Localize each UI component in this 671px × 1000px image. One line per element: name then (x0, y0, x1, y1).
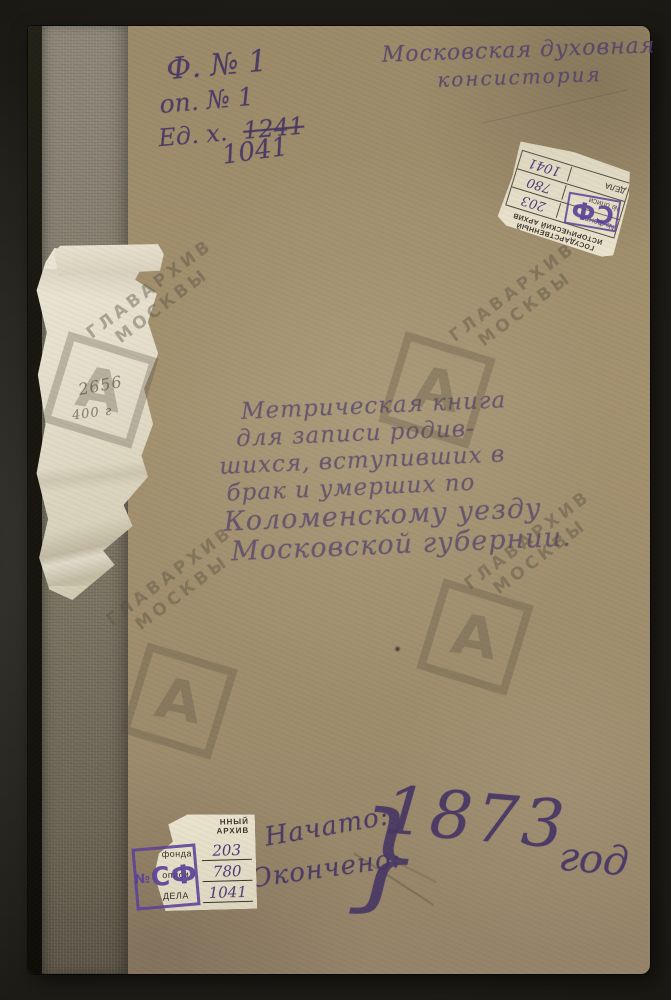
paper-fold (34, 452, 162, 501)
cover-crease (482, 89, 628, 124)
glavarkhiv-logo-watermark: А (416, 578, 533, 695)
book-title-inscription: Метрическая книга для записи родив- шихс… (217, 384, 584, 568)
opis-row-value: 780 (202, 863, 252, 882)
delo-row-value: 1041 (203, 884, 253, 903)
glavarkhiv-logo-watermark: А (120, 642, 237, 759)
stamp-number-sign: № (134, 871, 151, 887)
paper-fold (34, 516, 162, 586)
torn-paper-patch (34, 248, 162, 600)
watermark-line1: ГЛАВАРХИВ (446, 238, 581, 347)
fond-annotation: Ф. № 1 оп. № 1 Ед. х.1241 1041 (151, 42, 307, 174)
year-value: 1873 (381, 771, 571, 864)
consistory-inscription: Московская духовная консистория (372, 33, 666, 94)
year-suffix: год (557, 834, 630, 886)
stamp-letters: СФ (150, 859, 199, 893)
fond-row-value: 203 (202, 842, 252, 861)
watermark-logo-letter: А (447, 601, 503, 673)
org-partial-line2: АРХИВ (153, 826, 249, 838)
watermark-logo-letter: А (151, 665, 207, 737)
archive-org-name-partial: ННЫЙ АРХИВ (153, 813, 256, 838)
archive-label-top: ГОСУДАРСТВЕННЫЙ ИСТОРИЧЕСКИЙ АРХИВ № фон… (495, 136, 639, 260)
unit-prefix: Ед. х. (157, 118, 228, 152)
book-cover: 2656 400 г Ф. № 1 оп. № 1 Ед. х.1241 104… (28, 26, 650, 974)
tape-strip (54, 242, 165, 276)
sf-stamp-bottom: № СФ (131, 843, 200, 910)
glavarkhiv-watermark: ГЛАВАРХИВ МОСКВЫ (446, 238, 593, 364)
ink-stain-dot (394, 646, 401, 652)
watermark-line2: МОСКВЫ (458, 255, 593, 364)
photo-background: 2656 400 г Ф. № 1 оп. № 1 Ед. х.1241 104… (0, 0, 671, 1000)
paper-fold (34, 269, 162, 304)
